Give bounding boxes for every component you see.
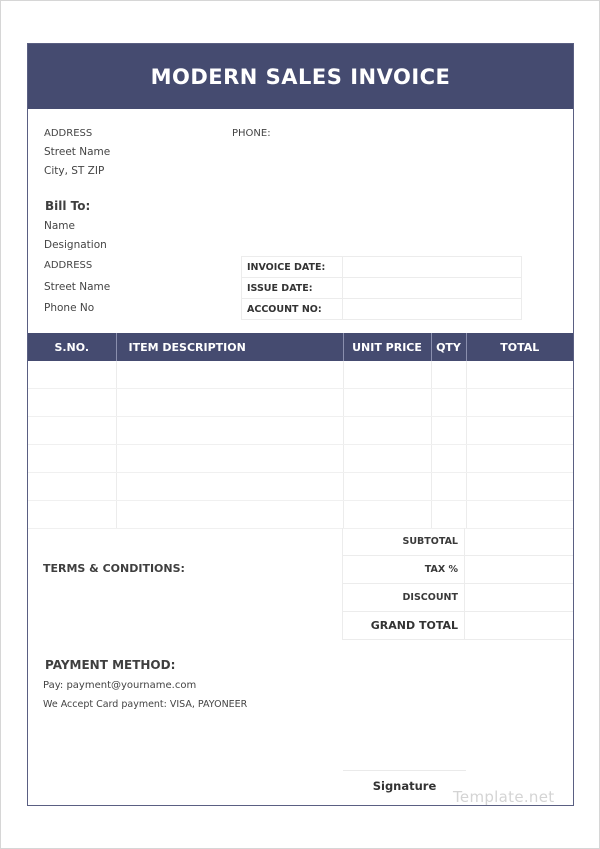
- sender-address-label: ADDRESS: [44, 128, 92, 139]
- table-row: [28, 445, 573, 473]
- grand-total-label: GRAND TOTAL: [343, 612, 465, 640]
- cell-sno[interactable]: [28, 445, 116, 473]
- items-header-row: S.NO. ITEM DESCRIPTION UNIT PRICE QTY TO…: [28, 333, 573, 361]
- signature-label: Signature: [343, 779, 466, 793]
- issue-date-label: ISSUE DATE:: [242, 278, 343, 299]
- cell-total[interactable]: [466, 473, 573, 501]
- sender-city: City, ST ZIP: [44, 165, 104, 177]
- subtotal-value[interactable]: [465, 528, 574, 556]
- summary-row-tax: TAX %: [343, 556, 574, 584]
- terms-heading: TERMS & CONDITIONS:: [43, 562, 185, 575]
- cell-unit-price[interactable]: [343, 361, 431, 389]
- cell-sno[interactable]: [28, 473, 116, 501]
- cell-item-description[interactable]: [116, 501, 343, 529]
- bill-to-name: Name: [44, 220, 75, 232]
- col-header-item-description: ITEM DESCRIPTION: [116, 333, 343, 361]
- payment-method-heading: PAYMENT METHOD:: [45, 658, 175, 672]
- table-row: [28, 389, 573, 417]
- cell-total[interactable]: [466, 445, 573, 473]
- payment-card-line: We Accept Card payment: VISA, PAYONEER: [43, 699, 247, 710]
- bill-to-address-label: ADDRESS: [44, 260, 92, 271]
- col-header-unit-price: UNIT PRICE: [343, 333, 431, 361]
- table-row: [28, 417, 573, 445]
- cell-unit-price[interactable]: [343, 501, 431, 529]
- signature-line: [343, 770, 466, 771]
- meta-row-invoice-date: INVOICE DATE:: [242, 257, 522, 278]
- meta-row-account-no: ACCOUNT NO:: [242, 299, 522, 320]
- discount-value[interactable]: [465, 584, 574, 612]
- grand-total-value[interactable]: [465, 612, 574, 640]
- cell-sno[interactable]: [28, 361, 116, 389]
- cell-total[interactable]: [466, 389, 573, 417]
- cell-qty[interactable]: [431, 417, 466, 445]
- cell-total[interactable]: [466, 501, 573, 529]
- tax-value[interactable]: [465, 556, 574, 584]
- invoice-meta-table: INVOICE DATE: ISSUE DATE: ACCOUNT NO:: [241, 256, 522, 320]
- cell-qty[interactable]: [431, 473, 466, 501]
- account-no-label: ACCOUNT NO:: [242, 299, 343, 320]
- account-no-value[interactable]: [343, 299, 522, 320]
- cell-unit-price[interactable]: [343, 417, 431, 445]
- cell-item-description[interactable]: [116, 361, 343, 389]
- cell-sno[interactable]: [28, 389, 116, 417]
- cell-sno[interactable]: [28, 417, 116, 445]
- sender-street: Street Name: [44, 146, 110, 158]
- bill-to-designation: Designation: [44, 239, 107, 251]
- cell-unit-price[interactable]: [343, 473, 431, 501]
- summary-row-subtotal: SUBTOTAL: [343, 528, 574, 556]
- invoice-date-label: INVOICE DATE:: [242, 257, 343, 278]
- invoice-title: MODERN SALES INVOICE: [151, 65, 451, 89]
- cell-item-description[interactable]: [116, 389, 343, 417]
- cell-total[interactable]: [466, 361, 573, 389]
- items-table: S.NO. ITEM DESCRIPTION UNIT PRICE QTY TO…: [28, 333, 573, 529]
- sender-phone-label: PHONE:: [232, 128, 271, 139]
- cell-sno[interactable]: [28, 501, 116, 529]
- payment-pay-line: Pay: payment@yourname.com: [43, 680, 196, 691]
- invoice-date-value[interactable]: [343, 257, 522, 278]
- cell-item-description[interactable]: [116, 417, 343, 445]
- discount-label: DISCOUNT: [343, 584, 465, 612]
- summary-row-discount: DISCOUNT: [343, 584, 574, 612]
- issue-date-value[interactable]: [343, 278, 522, 299]
- cell-qty[interactable]: [431, 361, 466, 389]
- invoice-document: MODERN SALES INVOICE ADDRESS Street Name…: [27, 43, 574, 806]
- cell-qty[interactable]: [431, 389, 466, 417]
- summary-row-grand-total: GRAND TOTAL: [343, 612, 574, 640]
- cell-qty[interactable]: [431, 501, 466, 529]
- col-header-sno: S.NO.: [28, 333, 116, 361]
- table-row: [28, 501, 573, 529]
- bill-to-phone: Phone No: [44, 302, 94, 314]
- tax-label: TAX %: [343, 556, 465, 584]
- col-header-total: TOTAL: [466, 333, 573, 361]
- cell-qty[interactable]: [431, 445, 466, 473]
- cell-item-description[interactable]: [116, 445, 343, 473]
- cell-item-description[interactable]: [116, 473, 343, 501]
- cell-unit-price[interactable]: [343, 389, 431, 417]
- summary-table: SUBTOTAL TAX % DISCOUNT GRAND TOTAL: [342, 528, 573, 640]
- subtotal-label: SUBTOTAL: [343, 528, 465, 556]
- bill-to-street: Street Name: [44, 281, 110, 293]
- watermark: Template.net: [453, 788, 554, 806]
- table-row: [28, 361, 573, 389]
- cell-total[interactable]: [466, 417, 573, 445]
- meta-row-issue-date: ISSUE DATE:: [242, 278, 522, 299]
- cell-unit-price[interactable]: [343, 445, 431, 473]
- invoice-header-banner: MODERN SALES INVOICE: [28, 44, 573, 109]
- table-row: [28, 473, 573, 501]
- bill-to-heading: Bill To:: [45, 199, 90, 213]
- col-header-qty: QTY: [431, 333, 466, 361]
